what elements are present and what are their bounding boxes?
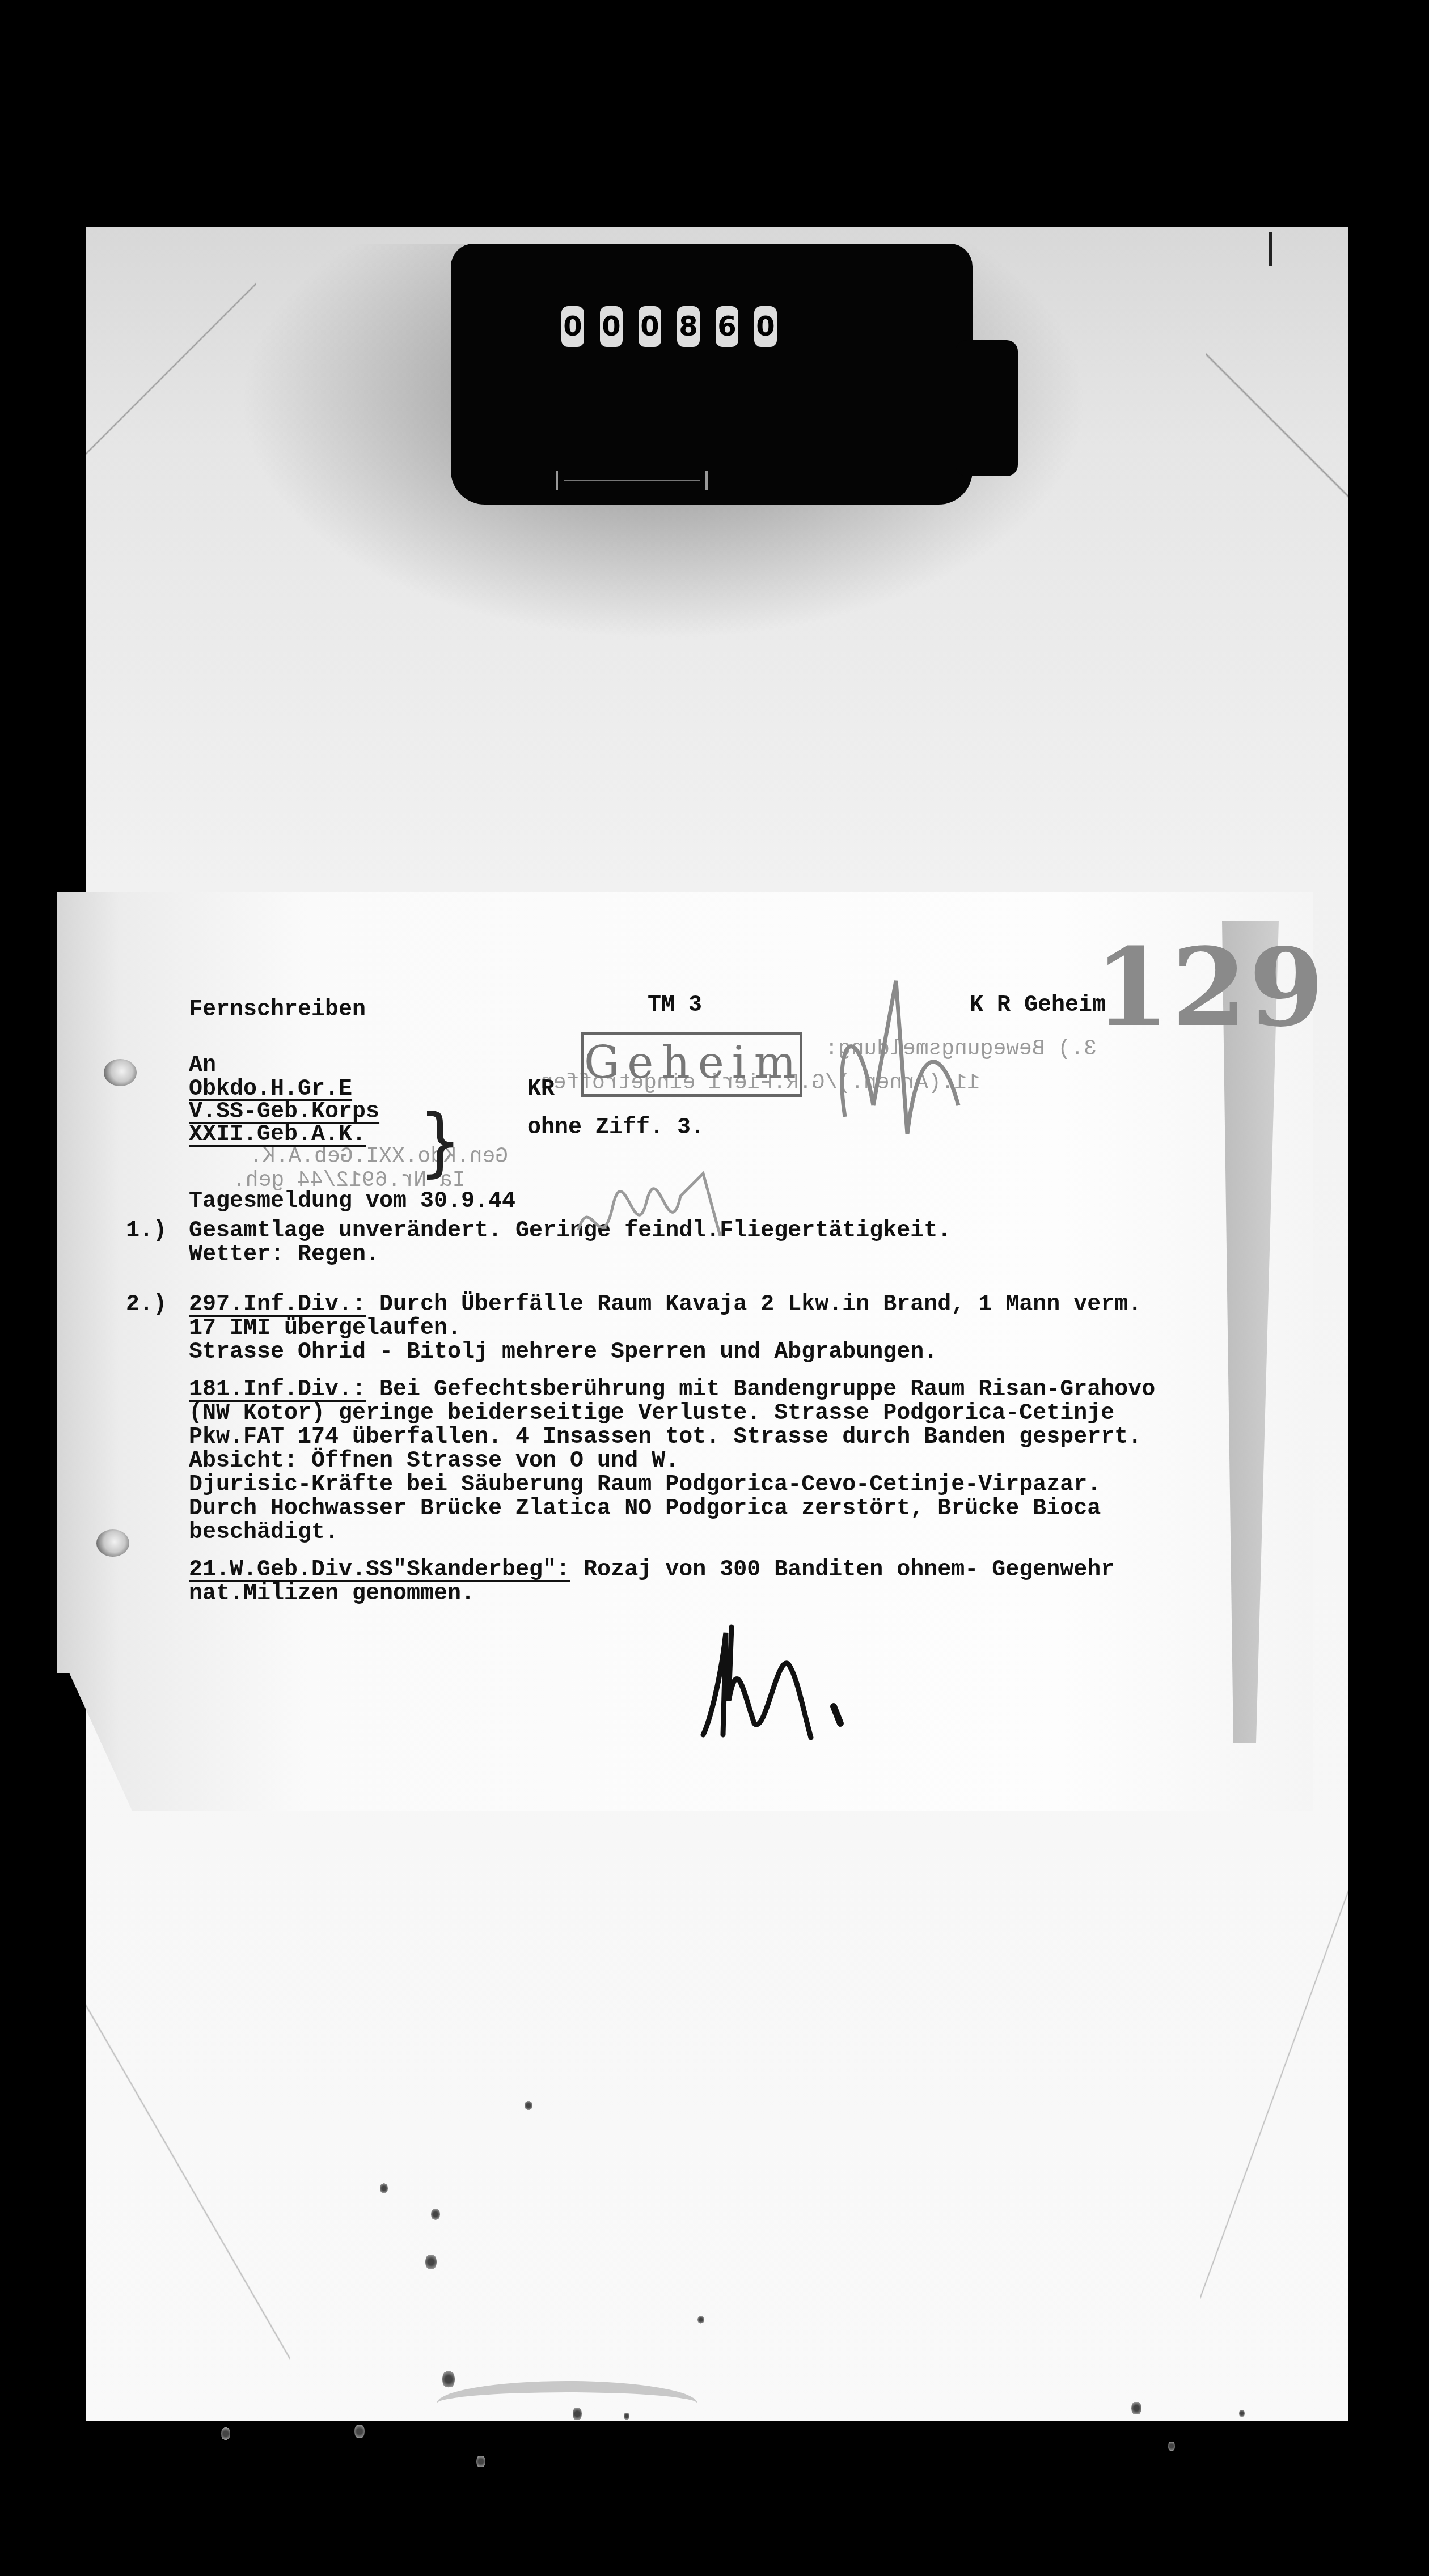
section-line: Gesamtlage unverändert. Geringe feindl.F…	[189, 1219, 951, 1244]
unit-297: 297.Inf.Div.: Durch Überfälle Raum Kavaj…	[189, 1293, 1141, 1317]
recipient: Obkdo.H.Gr.E	[189, 1077, 352, 1102]
subject-line: Tagesmeldung vom 30.9.44	[189, 1189, 515, 1214]
note-kr: KR	[527, 1077, 555, 1102]
form-type: Fernschreiben	[189, 998, 366, 1023]
section-line: 17 IMI übergelaufen.	[189, 1316, 461, 1341]
unit-name: 297.Inf.Div.:	[189, 1292, 366, 1317]
unit-name: 21.W.Geb.Div.SS"Skanderbeg":	[189, 1557, 570, 1583]
addressee-label: An	[189, 1053, 216, 1078]
note-ohne-ziff: ohne Ziff. 3.	[527, 1116, 704, 1141]
counter-digit: 0	[754, 306, 777, 347]
section-line: Djurisic-Kräfte bei Säuberung Raum Podgo…	[189, 1473, 1101, 1498]
counter-digit: 6	[716, 306, 738, 347]
page-number-stamp: 129	[1094, 924, 1326, 1050]
counter-digit: 0	[600, 306, 623, 347]
section-line: Durch Überfälle Raum Kavaja 2 Lkw.in Bra…	[366, 1292, 1141, 1317]
section-line: Wetter: Regen.	[189, 1243, 379, 1268]
section-line: Durch Hochwasser Brücke Zlatica NO Podgo…	[189, 1497, 1101, 1522]
unit-skanderbeg: 21.W.Geb.Div.SS"Skanderbeg": Rozaj von 3…	[189, 1558, 1114, 1583]
counter-digit: 0	[639, 306, 661, 347]
counter-digits: 0 0 0 8 6 0	[561, 306, 777, 347]
counter-knob	[956, 340, 1018, 476]
corner-fold-bottom-right	[1200, 1769, 1348, 2421]
counter-digit: 8	[677, 306, 700, 347]
unit-181: 181.Inf.Div.: Bei Gefechtsberührung mit …	[189, 1378, 1155, 1403]
section-line: Strasse Ohrid - Bitolj mehrere Sperren u…	[189, 1340, 937, 1365]
bleed-through-ref: Gen.Kdo.XXI.Geb.A.K.	[250, 1145, 508, 1169]
pencil-signature	[573, 1168, 766, 1264]
reel-edge	[437, 2381, 697, 2426]
corner-fold-bottom-left	[86, 1944, 290, 2421]
recipient: V.SS-Geb.Korps	[189, 1100, 379, 1125]
section-number: 1.)	[126, 1219, 167, 1244]
section-number: 2.)	[126, 1293, 167, 1317]
corner-fold-top-right	[1206, 227, 1348, 624]
section-line: (NW Kotor) geringe beiderseitige Verlust…	[189, 1401, 1114, 1426]
punch-hole	[104, 1059, 137, 1086]
pencil-tick-mark	[1269, 232, 1272, 266]
addressee-brace: }	[418, 1099, 462, 1185]
section-line: Bei Gefechtsberührung mit Bandengruppe R…	[366, 1377, 1155, 1403]
section-line: beschädigt.	[189, 1520, 339, 1545]
section-line: Pkw.FAT 174 überfallen. 4 Insassen tot. …	[189, 1425, 1141, 1450]
section-line: nat.Milizen genommen.	[189, 1582, 475, 1607]
unit-name: 181.Inf.Div.:	[189, 1377, 366, 1403]
recipient: XXII.Geb.A.K.	[189, 1122, 366, 1147]
section-line: Absicht: Öffnen Strasse von O und W.	[189, 1449, 679, 1474]
counter-digit: 0	[561, 306, 584, 347]
punch-hole	[96, 1529, 129, 1557]
counter-slot	[556, 471, 708, 490]
section-line: Rozaj von 300 Banditen ohnem- Gegenwehr	[570, 1557, 1114, 1583]
ink-signature	[697, 1621, 868, 1769]
corner-fold-top-left	[86, 227, 256, 510]
pencil-initials	[811, 975, 1049, 1156]
frame-counter: 0 0 0 8 6 0	[451, 244, 973, 505]
geheim-stamp: Geheim	[581, 1032, 802, 1097]
channel-code: TM 3	[648, 993, 702, 1018]
